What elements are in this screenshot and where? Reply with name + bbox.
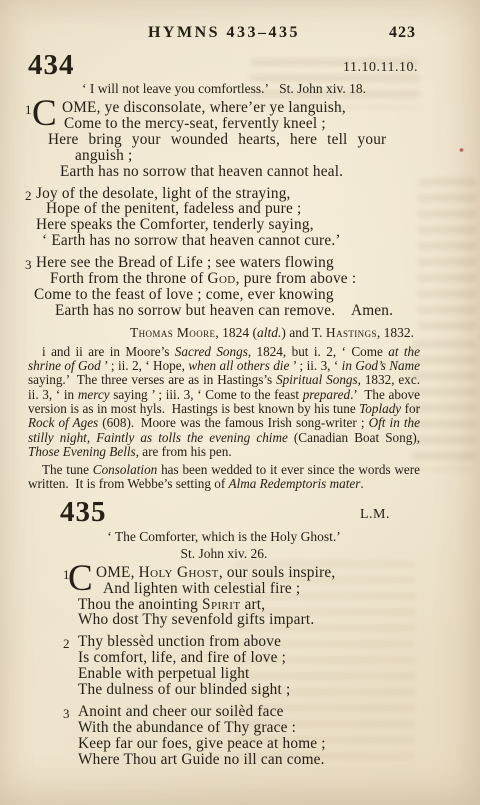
page-number: 423 [389,24,416,42]
hymn-435-verse-1: 1 C OME, Holy Ghost, our souls inspire, … [63,565,420,629]
running-header-title: HYMNS 433–435 [148,24,300,41]
verse-line: ‘ Earth has no sorrow that heaven cannot… [42,233,420,249]
hymn-435-epigraph: ‘ The Comforter, which is the Holy Ghost… [28,530,420,544]
hymn-435-meter: L.M. [360,507,390,523]
hymn-434-attribution: Thomas Moore, 1824 (altd.) and T. Hastin… [28,325,420,341]
dropcap-letter: C [68,564,93,594]
hymn-434-heading: 434 11.10.11.10. [28,50,420,80]
verse-line: OME, Holy Ghost, our souls inspire, [96,565,420,581]
hymn-435-verse-3: 3 Anoint and cheer our soilèd face With … [63,704,420,768]
red-ink-speck [459,148,464,152]
verse-line: Is comfort, life, and fire of love ; [78,650,420,666]
hymn-434-verse-2: 2 Joy of the desolate, light of the stra… [28,186,420,250]
verse-line: Here bring your wounded hearts, here tel… [48,132,412,148]
verse-line: Come to the mercy-seat, fervently kneel … [64,116,420,132]
verse-line: Where Thou art Guide no ill can come. [78,752,420,768]
verse-line: Hope of the penitent, fadeless and pure … [46,201,420,217]
verse-line: Who dost Thy sevenfold gifts impart. [78,612,420,628]
hymn-435-verse-2: 2 Thy blessèd unction from above Is comf… [63,634,420,698]
verse-line: anguish ; [75,148,420,164]
hymn-434-verse-3: 3 Here see the Bread of Life ; see water… [28,255,420,319]
hymn-434-verse-1: 1 C OME, ye disconsolate, where’er ye la… [28,100,420,180]
verse-line: Thou the anointing Spirit art, [78,597,420,613]
verse-line: Here see the Bread of Life ; see waters … [36,255,420,271]
dropcap-letter: C [32,99,57,129]
verse-line: Anoint and cheer our soilèd face [78,704,420,720]
verse-number: 1 [25,102,32,118]
bleed-through-ghost-text [418,178,476,330]
verse-line: OME, ye disconsolate, where’er ye langui… [62,100,420,116]
verse-line: Joy of the desolate, light of the strayi… [36,186,420,202]
verse-line: Here speaks the Comforter, tenderly sayi… [36,217,420,233]
hymn-434-note-paragraph: The tune Consolation has been wedded to … [28,463,420,492]
hymn-number-434: 434 [28,49,75,81]
verse-line: Enable with perpetual light [78,666,420,682]
verse-line: With the abundance of Thy grace : [78,720,420,736]
verse-number: 3 [63,706,70,722]
hymn-435-verses: 1 C OME, Holy Ghost, our souls inspire, … [63,565,420,768]
verse-line: Earth has no sorrow but heaven can remov… [55,303,420,319]
hymn-434-meter: 11.10.11.10. [343,60,418,76]
verse-line: Thy blessèd unction from above [78,634,420,650]
hymn-434-epigraph: ‘ I will not leave you comfortless.’ St.… [28,82,420,96]
hymn-435-heading: 435 L.M. [28,497,420,527]
verse-number: 2 [25,188,32,204]
running-header: HYMNS 433–435 423 [28,24,420,42]
verse-line: Come to the feast of love ; come, ever k… [34,287,420,303]
verse-number: 3 [25,257,32,273]
verse-line: The dulness of our blinded sight ; [78,682,420,698]
verse-line: Earth has no sorrow that heaven cannot h… [60,164,420,180]
hymn-434-note-paragraph: i and ii are in Moore’s Sacred Songs, 18… [28,345,420,459]
text-block: HYMNS 433–435 423 434 11.10.11.10. ‘ I w… [28,0,420,774]
book-page: HYMNS 433–435 423 434 11.10.11.10. ‘ I w… [0,0,480,805]
verse-line: Forth from the throne of God, pure from … [50,271,420,287]
verse-line: And lighten with celestial fire ; [103,581,420,597]
verse-line: Keep far our foes, give peace at home ; [78,736,420,752]
hymn-number-435: 435 [60,496,107,528]
verse-number: 2 [63,636,70,652]
